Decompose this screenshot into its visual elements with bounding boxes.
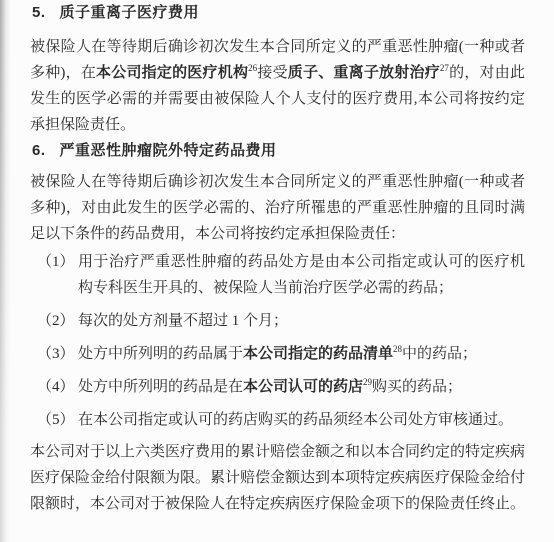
text-run: 接受 <box>257 65 288 81</box>
condition-item-5: （5） 在本公司指定或认可的药店购买的药品须经本公司处方审核通过。 <box>30 407 525 433</box>
text-run: 每次的处方剂量不超过 1 个月； <box>78 313 288 329</box>
condition-item-1-text: 用于治疗严重恶性肿瘤的药品处方是由本公司指定或认可的医疗机构专科医生开具的、被保… <box>78 249 525 301</box>
bold-defined-term: 质子、重离子放射治疗 <box>288 65 440 81</box>
section-6-intro: 被保险人在等待期后确诊初次发生本合同所定义的严重恶性肿瘤(一种或者多种)，对由此… <box>30 169 525 247</box>
text-run: 购买的药品； <box>372 379 462 395</box>
condition-item-1-marker: （1） <box>37 249 78 301</box>
condition-item-5-marker: （5） <box>37 407 78 433</box>
section-5-body: 被保险人在等待期后确诊初次发生本合同所定义的严重恶性肿瘤(一种或者多种)，在本公… <box>30 34 525 138</box>
text-run: 中的药品； <box>402 346 477 362</box>
section-5-title: 质子重离子医疗费用 <box>60 4 200 21</box>
bold-defined-term: 本公司指定的药品清单 <box>243 346 393 362</box>
condition-item-4: （4） 处方中所列明的药品是在本公司认可的药店29购买的药品； <box>30 374 525 400</box>
scanned-policy-page: { "colors": { "background": "#fcfcfc", "… <box>0 0 554 542</box>
footnote-reference: 27 <box>440 63 449 73</box>
section-6-heading: 6.严重恶性肿瘤院外特定药品费用 <box>30 140 525 161</box>
condition-item-2: （2） 每次的处方剂量不超过 1 个月； <box>30 308 525 334</box>
condition-item-4-text: 处方中所列明的药品是在本公司认可的药店29购买的药品； <box>78 374 525 400</box>
condition-item-2-text: 每次的处方剂量不超过 1 个月； <box>78 308 525 334</box>
text-run: 处方中所列明的药品属于 <box>78 346 243 362</box>
footnote-reference: 29 <box>363 377 372 387</box>
condition-item-4-marker: （4） <box>37 374 78 400</box>
condition-item-3-text: 处方中所列明的药品属于本公司指定的药品清单28中的药品； <box>78 341 525 367</box>
section-6-title: 严重恶性肿瘤院外特定药品费用 <box>60 142 277 159</box>
section-6-number: 6. <box>32 140 46 161</box>
bold-defined-term: 本公司认可的药店 <box>243 379 363 395</box>
text-run: 处方中所列明的药品是在 <box>78 379 243 395</box>
condition-item-3: （3） 处方中所列明的药品属于本公司指定的药品清单28中的药品； <box>30 341 525 367</box>
section-5-number: 5. <box>32 2 46 23</box>
text-run: 在本公司指定或认可的药店购买的药品须经本公司处方审核通过。 <box>78 412 513 428</box>
section-5-heading: 5.质子重离子医疗费用 <box>30 2 525 23</box>
section-6-conditions-list: （1） 用于治疗严重恶性肿瘤的药品处方是由本公司指定或认可的医疗机构专科医生开具… <box>30 249 525 433</box>
condition-item-5-text: 在本公司指定或认可的药店购买的药品须经本公司处方审核通过。 <box>78 407 525 433</box>
bold-defined-term: 本公司指定的医疗机构 <box>96 65 248 81</box>
closing-paragraph: 本公司对于以上六类医疗费用的累计赔偿金额之和以本合同约定的特定疾病医疗保险金给付… <box>30 439 525 517</box>
condition-item-1: （1） 用于治疗严重恶性肿瘤的药品处方是由本公司指定或认可的医疗机构专科医生开具… <box>30 249 525 301</box>
condition-item-3-marker: （3） <box>37 341 78 367</box>
condition-item-2-marker: （2） <box>37 308 78 334</box>
footnote-reference: 28 <box>393 344 402 354</box>
text-run: 用于治疗严重恶性肿瘤的药品处方是由本公司指定或认可的医疗机构专科医生开具的、被保… <box>78 254 525 296</box>
document-content: 5.质子重离子医疗费用 被保险人在等待期后确诊初次发生本合同所定义的严重恶性肿瘤… <box>0 0 554 517</box>
footnote-reference: 26 <box>248 63 257 73</box>
